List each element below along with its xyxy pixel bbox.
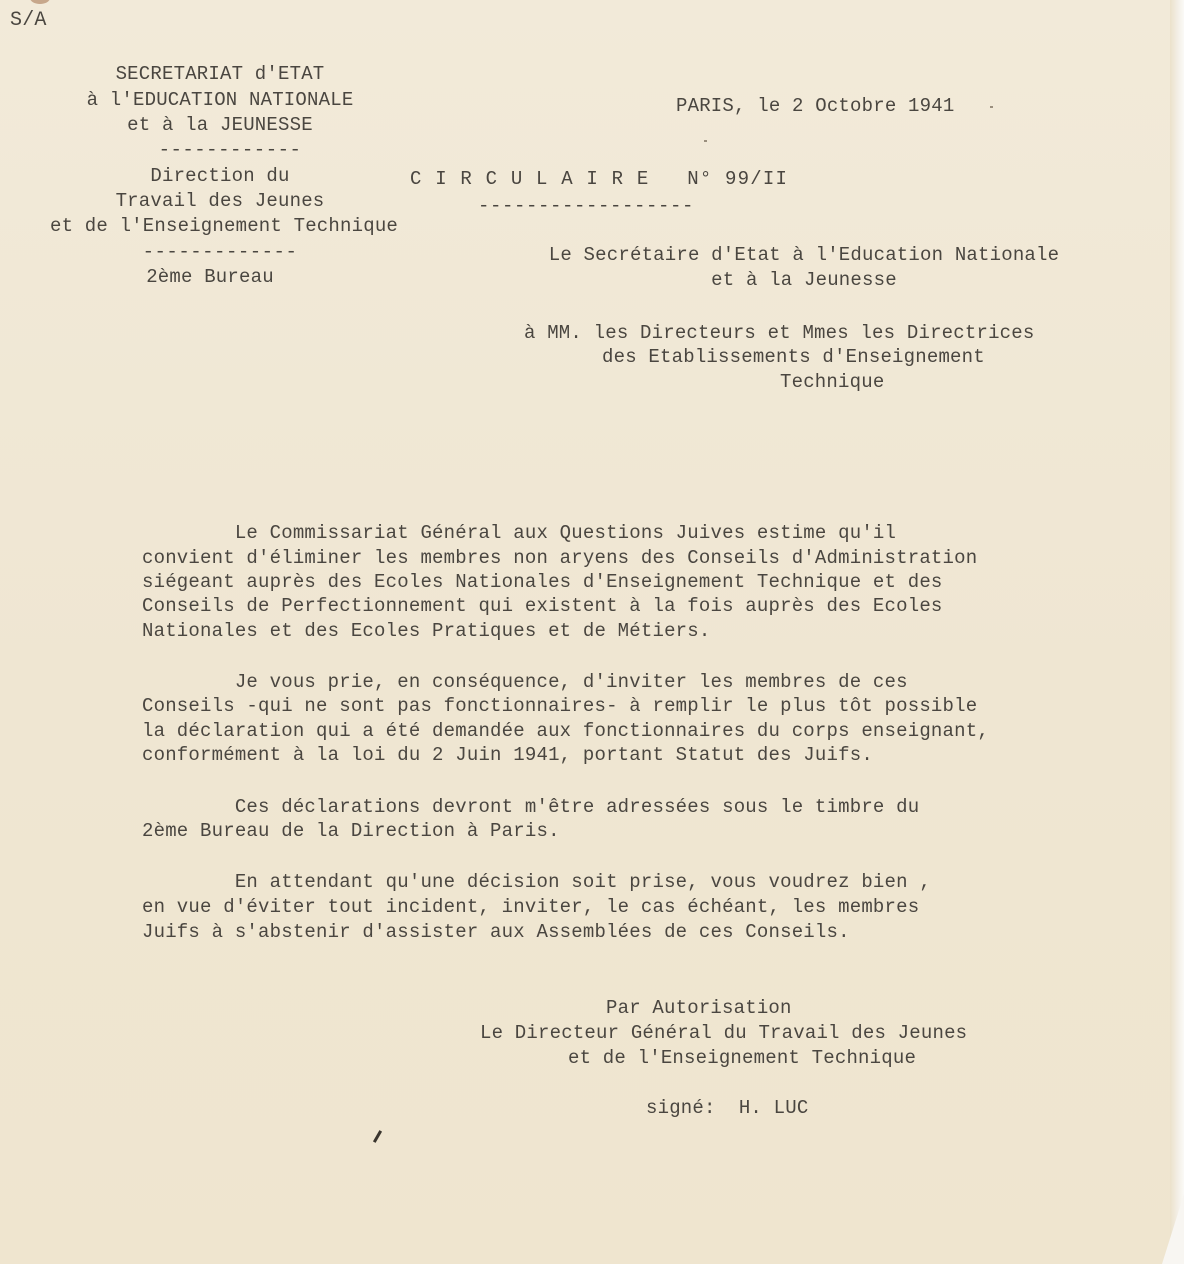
signature-title-2: et de l'Enseignement Technique — [568, 1046, 916, 1071]
ministry-line-2: à l'EDUCATION NATIONALE — [20, 88, 420, 113]
body-line: En attendant qu'une décision soit prise,… — [142, 870, 931, 895]
body-line: en vue d'éviter tout incident, inviter, … — [142, 895, 919, 920]
signature-title-1: Le Directeur Général du Travail des Jeun… — [480, 1021, 967, 1046]
stray-mark — [990, 106, 993, 108]
body-line: Ces déclarations devront m'être adressée… — [142, 795, 919, 820]
circular-underline: ------------------ — [478, 196, 694, 216]
date-line: PARIS, le 2 Octobre 1941 — [676, 94, 954, 119]
sender-line-2: et à la Jeunesse — [520, 268, 1088, 293]
direction-line-1: Direction du — [10, 164, 430, 189]
body-line: Nationales et des Ecoles Pratiques et de… — [142, 619, 711, 644]
body-line: conformément à la loi du 2 Juin 1941, po… — [142, 743, 873, 768]
body-line: Conseils -qui ne sont pas fonctionnaires… — [142, 694, 977, 719]
sender-line-1: Le Secrétaire d'Etat à l'Education Natio… — [520, 243, 1088, 268]
circular-title: C I R C U L A I R E N° 99/II — [410, 167, 788, 192]
header-separator-1: ------------ — [20, 140, 440, 160]
bureau-label: 2ème Bureau — [0, 265, 420, 290]
recipients-line-1: à MM. les Directeurs et Mmes les Directr… — [524, 321, 1034, 346]
recipients-line-2: des Etablissements d'Enseignement — [602, 345, 985, 370]
body-line: convient d'éliminer les membres non arye… — [142, 546, 977, 571]
signature-authority: Par Autorisation — [606, 996, 792, 1021]
body-line: Juifs à s'abstenir d'assister aux Assemb… — [142, 920, 850, 945]
ministry-line-1: SECRETARIAT d'ETAT — [20, 62, 420, 87]
ministry-line-3: et à la JEUNESSE — [20, 113, 420, 138]
body-line: 2ème Bureau de la Direction à Paris. — [142, 819, 560, 844]
corner-mark: S/A — [10, 8, 47, 33]
stray-mark — [704, 140, 707, 142]
body-line: Le Commissariat Général aux Questions Ju… — [142, 521, 896, 546]
body-line: Conseils de Perfectionnement qui existen… — [142, 594, 943, 619]
direction-line-2: Travail des Jeunes — [10, 189, 430, 214]
direction-line-3: et de l'Enseignement Technique — [14, 214, 434, 239]
body-line: siégeant auprès des Ecoles Nationales d'… — [142, 570, 943, 595]
paper-corner-fold — [1162, 1194, 1184, 1264]
body-line: Je vous prie, en conséquence, d'inviter … — [142, 670, 908, 695]
paper-edge — [1170, 0, 1184, 1264]
body-line: la déclaration qui a été demandée aux fo… — [142, 719, 989, 744]
recipients-line-3: Technique — [780, 370, 884, 395]
header-separator-2: ------------- — [10, 242, 430, 262]
signature-signed: signé: H. LUC — [646, 1096, 808, 1121]
